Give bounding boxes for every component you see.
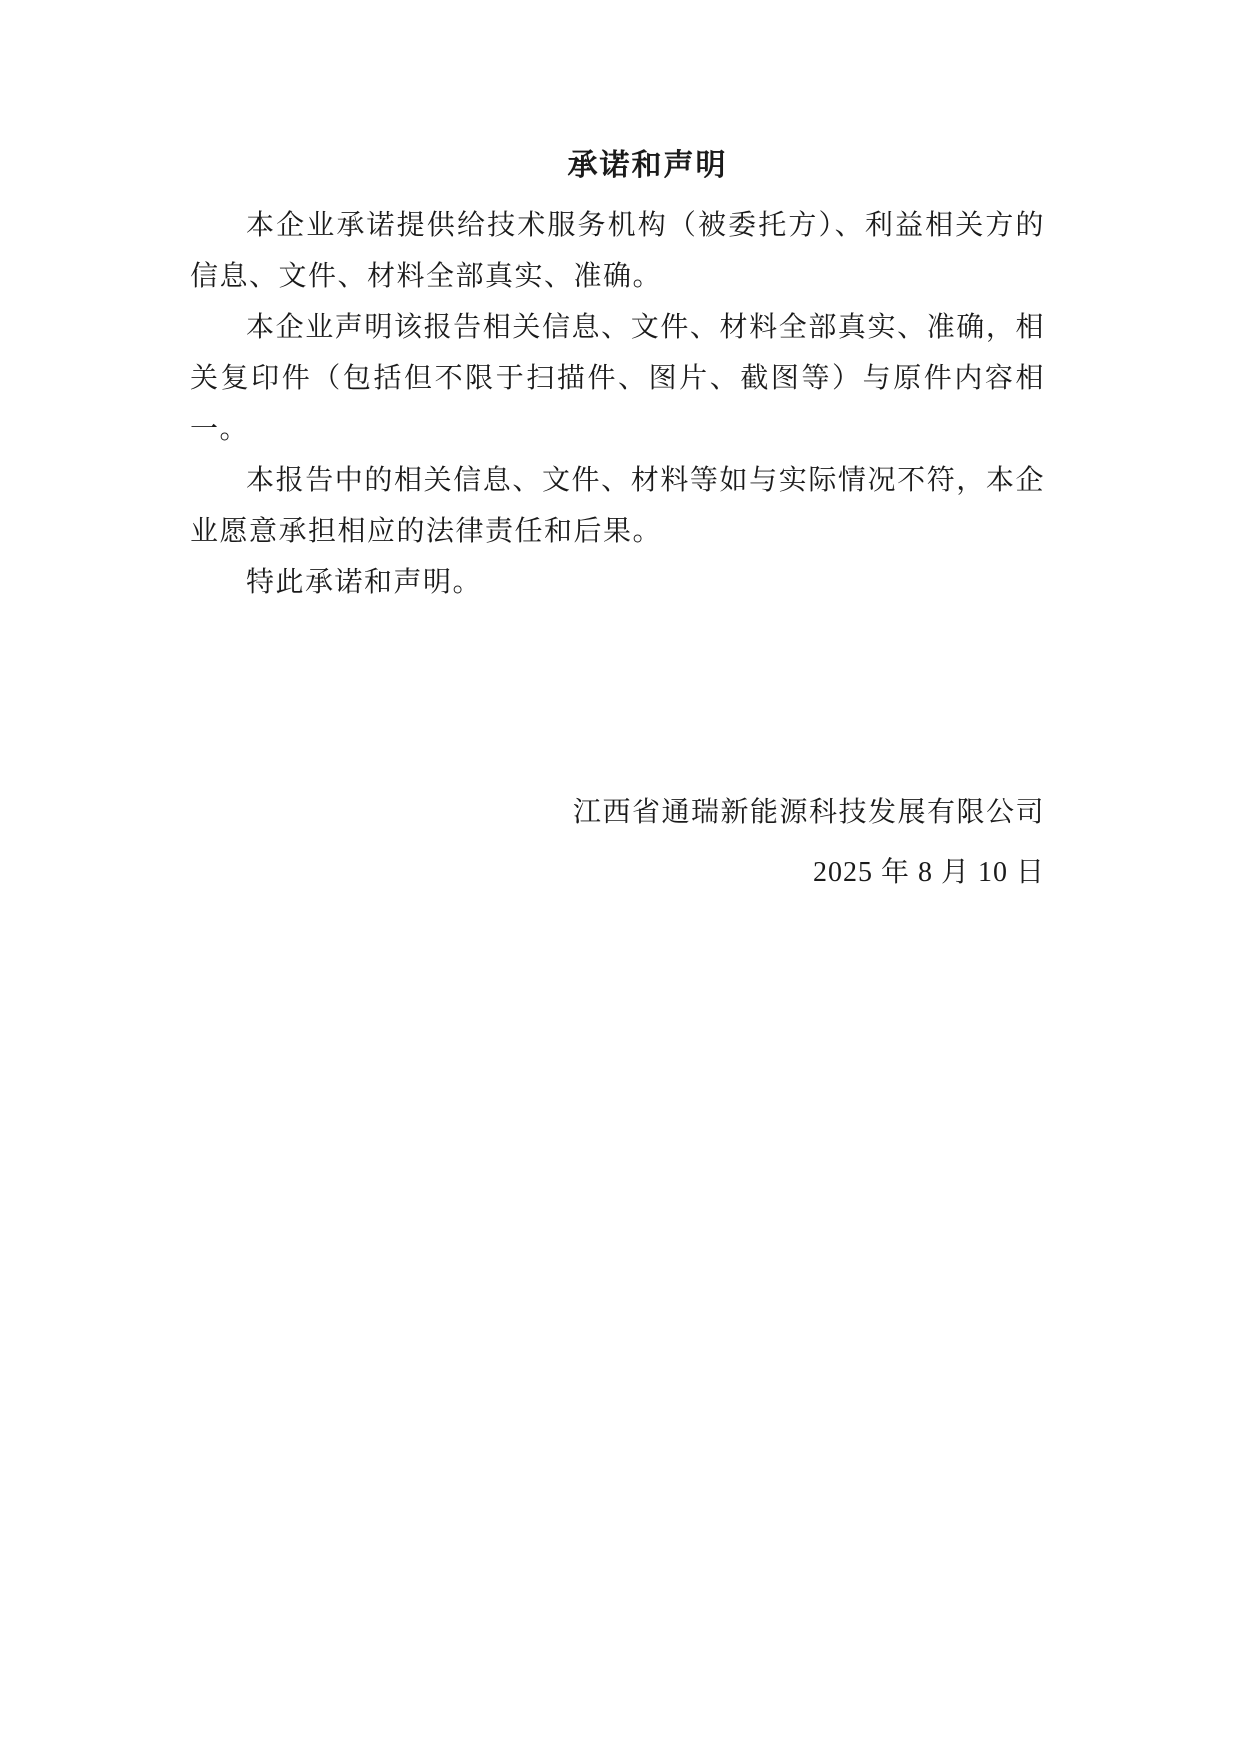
signature-date: 2025 年 8 月 10 日 — [190, 843, 1045, 903]
paragraph-commitment: 本企业承诺提供给技术服务机构（被委托方）、利益相关方的信息、文件、材料全部真实、… — [190, 200, 1045, 302]
document-content: 承诺和声明 本企业承诺提供给技术服务机构（被委托方）、利益相关方的信息、文件、材… — [190, 142, 1045, 903]
body-paragraphs: 本企业承诺提供给技术服务机构（被委托方）、利益相关方的信息、文件、材料全部真实、… — [190, 200, 1045, 608]
paragraph-declaration: 本企业声明该报告相关信息、文件、材料全部真实、准确，相关复印件（包括但不限于扫描… — [190, 302, 1045, 455]
signature-company-name: 江西省通瑞新能源科技发展有限公司 — [190, 783, 1045, 843]
page-title: 承诺和声明 — [190, 142, 1045, 190]
document-page: 承诺和声明 本企业承诺提供给技术服务机构（被委托方）、利益相关方的信息、文件、材… — [0, 0, 1240, 1754]
paragraph-closing: 特此承诺和声明。 — [190, 557, 1045, 608]
signature-block: 江西省通瑞新能源科技发展有限公司 2025 年 8 月 10 日 — [190, 783, 1045, 903]
paragraph-liability: 本报告中的相关信息、文件、材料等如与实际情况不符，本企业愿意承担相应的法律责任和… — [190, 455, 1045, 557]
